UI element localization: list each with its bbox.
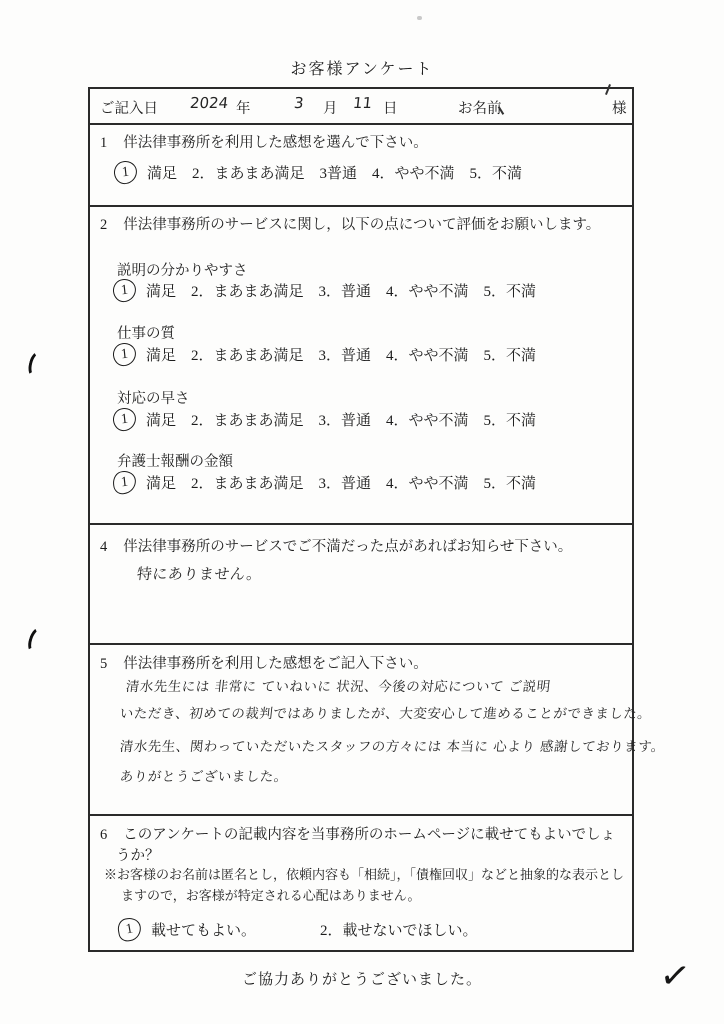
rating-item-row: 1 満足 2．まあまあ満足 3．普通 4．やや不満 5．不満	[113, 471, 536, 494]
question-6-text-line1: 6このアンケートの記載内容を当事務所のホームページに載せてもよいでしょ	[100, 823, 615, 844]
rating-item-label: 対応の早さ	[117, 387, 190, 408]
rating-item-row: 1 満足 2．まあまあ満足 3．普通 4．やや不満 5．不満	[113, 408, 536, 431]
day-value-handwritten: 11	[352, 94, 373, 112]
rating-options-text: 満足 2．まあまあ満足 3．普通 4．やや不満 5．不満	[146, 472, 536, 493]
question-4-handwritten-answer: 特にありません。	[136, 563, 263, 584]
rating-item-label: 説明の分かりやすさ	[117, 259, 248, 280]
survey-form-table: ご記入日 2024 年 3 月 11 日 お名前 様 1伴法律事務所を利用した感…	[88, 87, 634, 952]
question-6-options: 1 載せてもよい。 2．載せないでほしい。	[118, 918, 478, 941]
honorific-label: 様	[612, 97, 627, 118]
closing-thanks-text: ご協力ありがとうございました。	[0, 968, 724, 989]
question-5-number: 5	[100, 656, 107, 673]
rating-options-text: 満足 2．まあまあ満足 3．普通 4．やや不満 5．不満	[146, 344, 536, 365]
rating-item-row: 1 満足 2．まあまあ満足 3．普通 4．やや不満 5．不満	[113, 343, 536, 366]
circled-answer-mark: 1	[116, 916, 143, 943]
name-label: お名前	[458, 97, 502, 118]
publish-no-option-text: 2．載せないでほしい。	[320, 919, 478, 940]
month-unit-label: 月	[323, 97, 338, 118]
question-4-number: 4	[100, 539, 107, 556]
date-name-row: ご記入日 2024 年 3 月 11 日 お名前 様	[90, 89, 632, 123]
rating-item-row: 1 満足 2．まあまあ満足 3．普通 4．やや不満 5．不満	[113, 279, 536, 302]
question-5-text: 5伴法律事務所を利用した感想をご記入下さい。	[100, 652, 428, 673]
circled-answer-mark: 1	[112, 278, 137, 303]
question-4-row: 4伴法律事務所のサービスでご不満だった点があればお知らせ下さい。 特にありません…	[90, 523, 632, 643]
question-1-text: 1伴法律事務所を利用した感想を選んで下さい。	[100, 131, 428, 152]
scan-artifact-crescent-bottom	[25, 625, 48, 655]
scan-artifact-crescent-top	[26, 350, 47, 380]
question-2-row: 2伴法律事務所のサービスに関し，以下の点について評価をお願いします。 説明の分か…	[90, 205, 632, 523]
question-6-text-line2: うか？	[116, 844, 160, 865]
rating-options-text: 満足 2．まあまあ満足 3普通 4．やや不満 5．不満	[147, 162, 522, 183]
date-label: ご記入日	[100, 97, 158, 118]
day-unit-label: 日	[383, 97, 398, 118]
rating-options-text: 満足 2．まあまあ満足 3．普通 4．やや不満 5．不満	[146, 409, 536, 430]
year-value-handwritten: 2024	[189, 94, 229, 112]
publish-ok-option-text: 載せてもよい。	[151, 919, 256, 940]
rating-item-label: 仕事の質	[117, 322, 175, 343]
year-unit-label: 年	[236, 97, 251, 118]
scan-noise-speck	[417, 16, 422, 20]
month-value-handwritten: 3	[293, 94, 304, 112]
circled-answer-mark: 1	[112, 342, 137, 367]
rating-item-label: 弁護士報酬の金額	[117, 450, 233, 471]
question-2-text: 2伴法律事務所のサービスに関し，以下の点について評価をお願いします。	[100, 213, 600, 234]
handwritten-answer-line: いただき、初めての裁判ではありましたが、大変安心して進めることができました。	[119, 702, 653, 722]
anonymity-note-line1: ※お客様のお名前は匿名とし，依頼内容も「相続」，「債権回収」などと抽象的な表示と…	[104, 864, 624, 883]
rating-options-text: 満足 2．まあまあ満足 3．普通 4．やや不満 5．不満	[146, 280, 536, 301]
question-5-row: 5伴法律事務所を利用した感想をご記入下さい。 清水先生には 非常に ていねいに …	[90, 643, 632, 814]
circled-answer-mark: 1	[113, 160, 138, 185]
page-title: お客様アンケート	[0, 56, 724, 79]
circled-answer-mark: 1	[112, 470, 137, 495]
handwritten-checkmark: ✓	[657, 954, 693, 999]
question-2-number: 2	[100, 217, 107, 234]
handwritten-answer-line: 清水先生、関わっていただいたスタッフの方々には 本当に 心より 感謝しております…	[119, 735, 666, 755]
question-6-row: 6このアンケートの記載内容を当事務所のホームページに載せてもよいでしょ うか？ …	[90, 814, 632, 954]
handwritten-answer-line: 清水先生には 非常に ていねいに 状況、今後の対応について ご説明	[125, 675, 552, 695]
question-1-row: 1伴法律事務所を利用した感想を選んで下さい。 1 満足 2．まあまあ満足 3普通…	[90, 123, 632, 205]
question-1-number: 1	[100, 135, 107, 152]
question-6-number: 6	[100, 827, 107, 844]
scanned-survey-page: お客様アンケート ご記入日 2024 年 3 月 11 日 お名前 様 1伴法律…	[0, 0, 724, 1024]
question-1-rating: 1 満足 2．まあまあ満足 3普通 4．やや不満 5．不満	[114, 161, 522, 184]
handwritten-answer-line: ありがとうございました。	[119, 765, 289, 785]
anonymity-note-line2: ますので，お客様が特定される心配はありません。	[121, 885, 421, 904]
circled-answer-mark: 1	[112, 407, 137, 432]
question-4-text: 4伴法律事務所のサービスでご不満だった点があればお知らせ下さい。	[100, 535, 572, 556]
